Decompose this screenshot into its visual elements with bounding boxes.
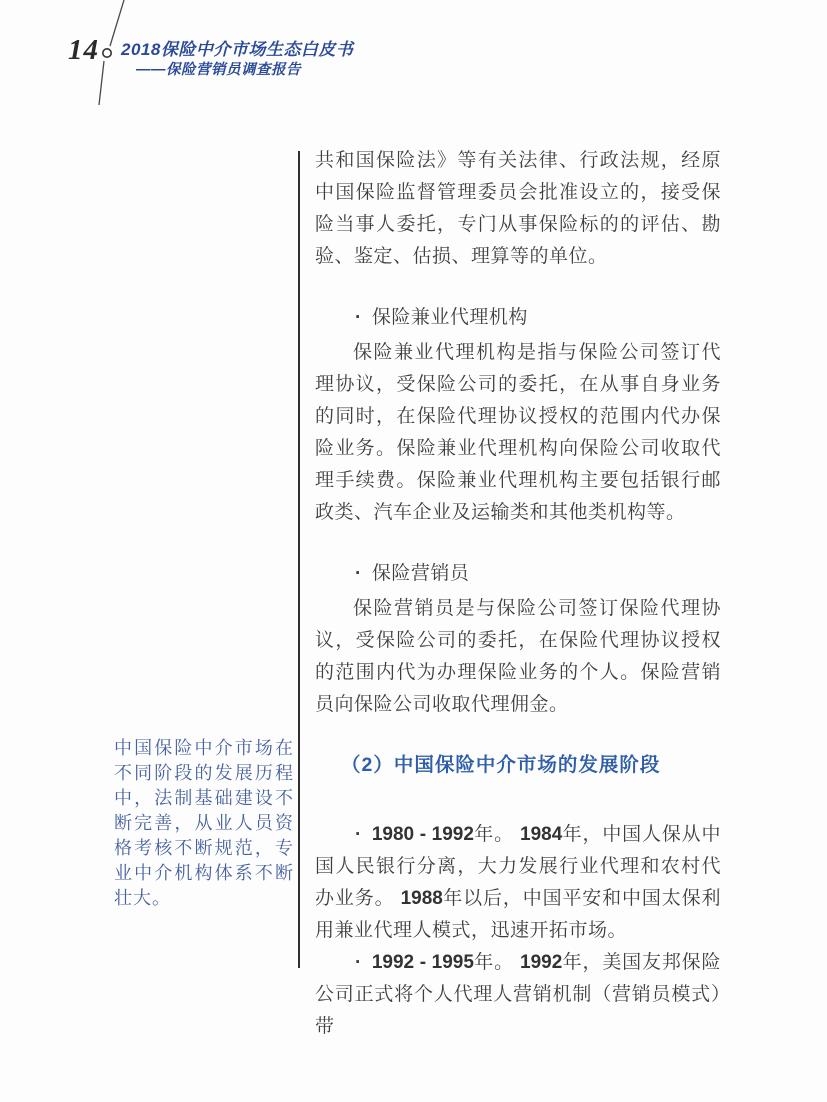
document-page: 14 2018保险中介市场生态白皮书 ——保险营销员调查报告 中国保险中介市场在…: [0, 0, 827, 1102]
vertical-divider: [298, 151, 300, 968]
header-title: 2018保险中介市场生态白皮书: [121, 35, 353, 60]
year-range-bold: 1988: [401, 888, 443, 909]
bullet-title-sales-agent: · 保险营销员: [315, 558, 721, 590]
year-range-bold: 1992: [520, 952, 562, 973]
section-heading-development-stages: （2）中国保险中介市场的发展阶段: [315, 749, 721, 781]
bullet-dot-icon: ·: [355, 563, 372, 584]
body-text-run: 年。: [474, 824, 520, 845]
year-range-bold: 1992 - 1995: [372, 952, 474, 973]
year-range-bold: 1984: [520, 824, 562, 845]
bullet-dot-icon: ·: [355, 952, 372, 973]
header-subtitle: ——保险营销员调查报告: [136, 58, 301, 79]
paragraph-sales-agent: 保险营销员是与保险公司签订保险代理协议，受保险公司的委托，在保险代理协议授权的范…: [315, 593, 721, 721]
paragraph-insurance-adjusters: 共和国保险法》等有关法律、行政法规，经原中国保险监督管理委员会批准设立的，接受保…: [315, 145, 721, 273]
paragraph-stage-1992-1995: · 1992 - 1995年。 1992年，美国友邦保险公司正式将个人代理人营销…: [315, 947, 721, 1043]
bullet-dot-icon: ·: [355, 307, 372, 328]
bullet-dot-icon: ·: [355, 824, 372, 845]
sidebar-margin-note: 中国保险中介市场在不同阶段的发展历程中，法制基础建设不断完善，从业人员资格考核不…: [114, 736, 294, 911]
paragraph-stage-1980-1992: · 1980 - 1992年。 1984年，中国人保从中国人民银行分离，大力发展…: [315, 819, 721, 947]
main-text-column: 共和国保险法》等有关法律、行政法规，经原中国保险监督管理委员会批准设立的，接受保…: [315, 145, 721, 1043]
header-ring-icon: [103, 49, 111, 57]
paragraph-part-time-agency: 保险兼业代理机构是指与保险公司签订代理协议，受保险公司的委托，在从事自身业务的同…: [315, 337, 721, 529]
body-text-run: 年。: [474, 952, 520, 973]
bullet-title-part-time-agency: · 保险兼业代理机构: [315, 302, 721, 334]
year-range-bold: 1980 - 1992: [372, 824, 474, 845]
